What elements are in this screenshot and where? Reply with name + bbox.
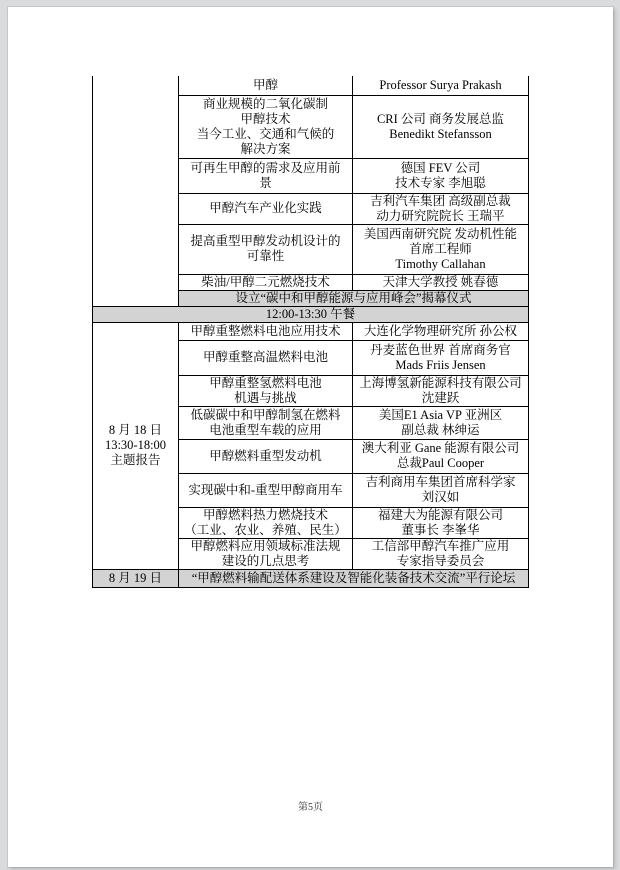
speaker-cell: 上海博氢新能源科技有限公司 沈建跃 [353,375,529,406]
topic-cell: 甲醇重整氢燃料电池 机遇与挑战 [179,375,353,406]
speaker-cell: CRI 公司 商务发展总监 Benedikt Stefansson [353,95,529,158]
speaker-cell: 天津大学教授 姚春德 [353,274,529,290]
topic-cell: 提高重型甲醇发动机设计的 可靠性 [179,224,353,274]
speaker-cell: 德国 FEV 公司 技术专家 李旭聪 [353,158,529,193]
topic-cell: 柴油/甲醇二元燃烧技术 [179,274,353,290]
schedule-table: 甲醇 Professor Surya Prakash 商业规模的二氧化碳制 甲醇… [92,76,529,588]
topic-cell: 实现碳中和-重型甲醇商用车 [179,473,353,507]
topic-cell: 甲醇燃料应用领域标准法规 建设的几点思考 [179,538,353,569]
topic-cell: 甲醇汽车产业化实践 [179,193,353,224]
speaker-cell: 大连化学物理研究所 孙公权 [353,322,529,340]
speaker-cell: Professor Surya Prakash [353,76,529,95]
day2-date-cell: 8 月 19 日 [93,569,179,587]
topic-cell: 甲醇燃料热力燃烧技术 （工业、农业、养殖、民生） [179,507,353,538]
session-time-cell-afternoon: 8 月 18 日 13:30-18:00 主题报告 [93,322,179,569]
topic-cell: 甲醇燃料重型发动机 [179,439,353,473]
speaker-cell: 工信部甲醇汽车推广应用 专家指导委员会 [353,538,529,569]
lunch-row: 12:00-13:30 午餐 [93,306,529,322]
session-time-cell-morning [93,76,179,306]
speaker-cell: 美国西南研究院 发动机性能 首席工程师 Timothy Callahan [353,224,529,274]
topic-cell: 可再生甲醇的需求及应用前 景 [179,158,353,193]
speaker-cell: 福建大为能源有限公司 董事长 李峯华 [353,507,529,538]
speaker-cell: 澳大利亚 Gane 能源有限公司 总裁Paul Cooper [353,439,529,473]
ceremony-banner-cell: 设立“碳中和甲醇能源与应用峰会”揭幕仪式 [179,290,529,306]
topic-cell: 甲醇 [179,76,353,95]
table-row: 甲醇 Professor Surya Prakash [93,76,529,95]
topic-cell: 甲醇重整燃料电池应用技术 [179,322,353,340]
day2-row: 8 月 19 日 “甲醇燃料输配送体系建设及智能化装备技术交流”平行论坛 [93,569,529,587]
page-footer: 第5页 [8,798,613,813]
speaker-cell: 丹麦蓝色世界 首席商务官 Mads Friis Jensen [353,340,529,375]
day2-forum-cell: “甲醇燃料输配送体系建设及智能化装备技术交流”平行论坛 [179,569,529,587]
speaker-cell: 吉利汽车集团 高级副总裁 动力研究院院长 王瑞平 [353,193,529,224]
topic-cell: 商业规模的二氧化碳制 甲醇技术 当今工业、交通和气候的 解决方案 [179,95,353,158]
topic-cell: 低碳碳中和甲醇制氢在燃料 电池重型车载的应用 [179,406,353,439]
document-page: 甲醇 Professor Surya Prakash 商业规模的二氧化碳制 甲醇… [8,7,613,867]
speaker-cell: 吉利商用车集团首席科学家 刘汉如 [353,473,529,507]
speaker-cell: 美国E1 Asia VP 亚洲区 副总裁 林绅运 [353,406,529,439]
table-row: 8 月 18 日 13:30-18:00 主题报告 甲醇重整燃料电池应用技术 大… [93,322,529,340]
topic-cell: 甲醇重整高温燃料电池 [179,340,353,375]
lunch-cell: 12:00-13:30 午餐 [93,306,529,322]
